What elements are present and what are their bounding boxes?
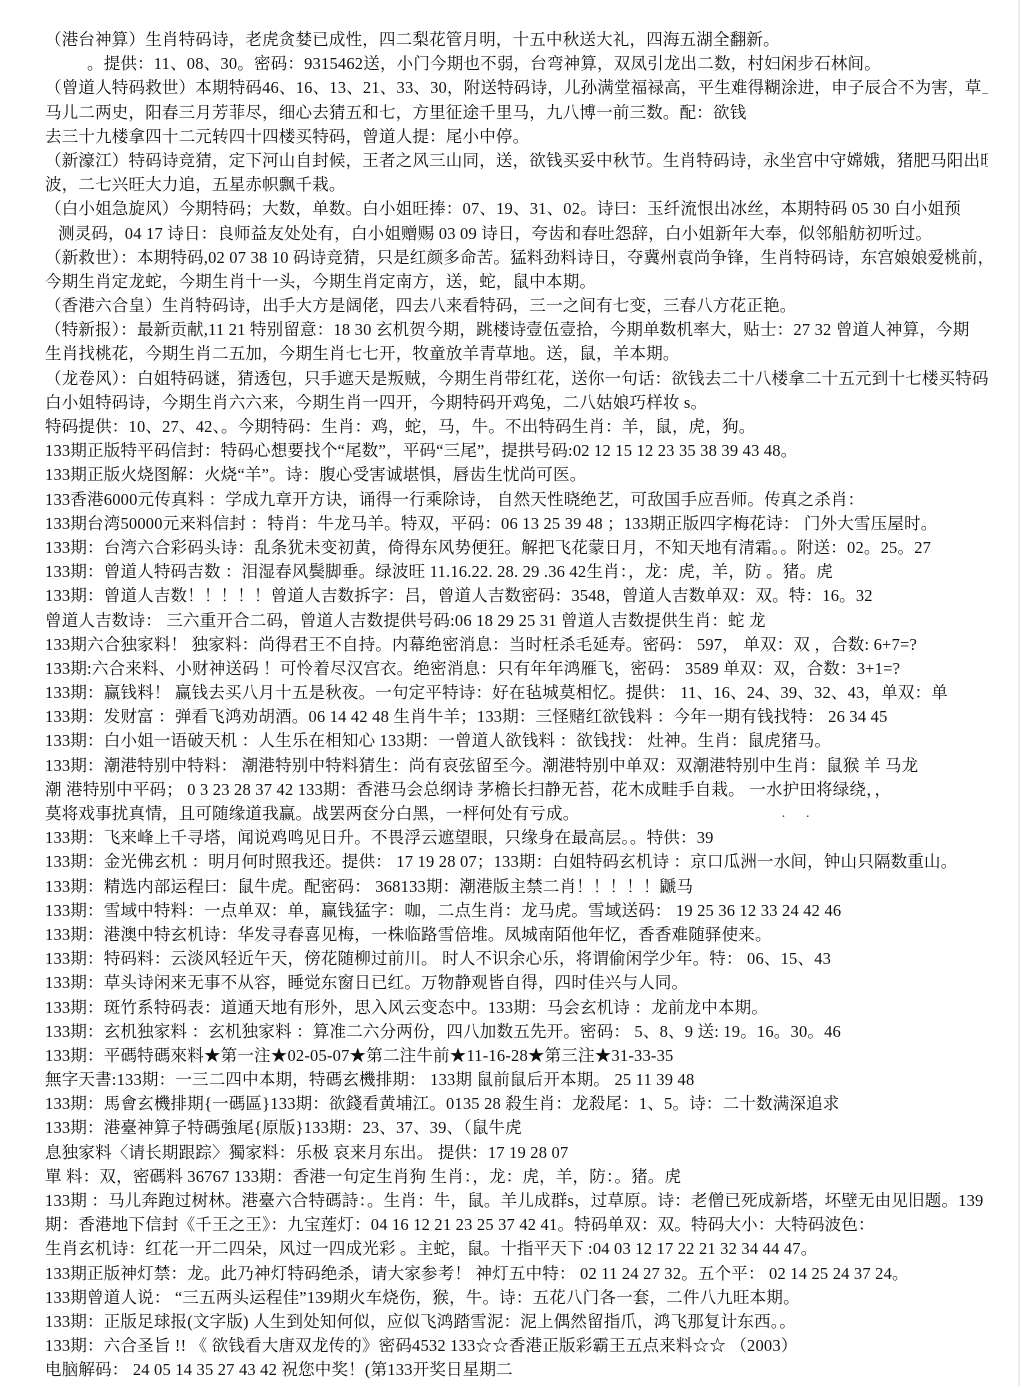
text-line: 133期：曾道人特码吉数 ：泪湿春风鬓脚垂。绿波旺 11.16.22. 28. … [45, 560, 988, 584]
text-line: 133期：草头诗闲来无事不从容，睡觉东窗日已红。万物静观皆自得，四时佳兴与人同。 [45, 971, 988, 995]
stray-dot-marks: · · [781, 810, 818, 826]
text-line: （曾道人特码救世）本期特码46、16、13、21、33、30，附送特码诗，儿孙满… [45, 76, 988, 100]
text-line: 期：香港地下信封《千王之王》：九宝莲灯：04 16 12 21 23 25 37… [45, 1213, 988, 1237]
text-line: 。提供：11、08、30。密码：9315462送，小门今期也不弱，台弯神算，双凤… [45, 52, 988, 76]
text-line: 無字天書:133期：一三二四中本期，特碼玄機排期： 133期 鼠前鼠后开本期。 … [45, 1068, 988, 1092]
text-line: 息独家料〈请长期跟踪〉獨家料：乐极 哀来月东出。 提供：17 19 28 07 [45, 1141, 988, 1165]
text-line: 133期：潮港特别中特料： 潮港特别中特料猜生：尚有哀弦留至今。潮港特别中单双：… [45, 754, 988, 778]
text-line: 133期：馬會玄機排期{一碼區}133期：欲錢看黄埔江。0135 28 殺生肖：… [45, 1092, 988, 1116]
text-line: 133期：正版足球报(文字版) 人生到处知何似，应似飞鸿踏雪泥：泥上偶然留指爪，… [45, 1310, 988, 1334]
text-line: 白小姐特码诗，今期生肖六六来，今期生肖一四开，今期特码开鸡兔，二八姑娘巧样妆 s… [45, 391, 988, 415]
text-line: 133香港6000元传真料 ：学成九章开方诀，诵得一行乘除诗， 自然天性晓绝艺，… [45, 488, 988, 512]
text-line: 曾道人吉数诗： 三六重开合二码，曾道人吉数提供号码:06 18 29 25 31… [45, 609, 988, 633]
text-line: 133期：港臺神算子特碼強尾{原版}133期：23、37、39、（鼠牛虎 [45, 1116, 988, 1140]
document-page: （港台神算）生肖特码诗，老虎贪婪已成性，四二梨花管月明，十五中秋送大礼，四海五湖… [0, 0, 1020, 1386]
text-line: 133期：飞来峰上千寻塔，闻说鸡鸣见日升。不畏浮云遮望眼，只缘身在最高层。。特供… [45, 826, 988, 850]
text-line: （龙卷风）：白姐特码谜，猜透包，只手遮天是叛贼，今期生肖带红花，送你一句话：欲钱… [45, 367, 988, 391]
text-line: 电脑解码： 24 05 14 35 27 43 42 祝您中奖！(第133开奖日… [45, 1358, 988, 1382]
text-line: 133期：金光佛玄机 ：明月何时照我还。提供： 17 19 28 07；133期… [45, 850, 988, 874]
text-line: 133期：精选内部运程曰：鼠牛虎。配密码： 368133期：潮港版主禁二肖！！！… [45, 875, 988, 899]
text-line: 單 料：双，密碼料 36767 133期：香港一句定生肖狗 生肖：，龙：虎，羊，… [45, 1165, 988, 1189]
text-line: （香港六合皇）生肖特码诗，出手大方是阔佬，四去八来看特码，三一之间有七变，三春八… [45, 294, 988, 318]
text-line: 去三十九楼拿四十二元转四十四楼买特码，曾道人提：尾小中停。 [45, 125, 988, 149]
text-line: 133期：台湾六合彩码头诗：乱条犹未变初黄，倚得东风势便狂。解把飞花蒙日月，不知… [45, 536, 988, 560]
text-line: 特码提供：10、27、42、。今期特码：生肖：鸡，蛇，马，牛。不出特码生肖：羊，… [45, 415, 988, 439]
text-line: 133期：港澳中特玄机诗：华发寻春喜见梅，一株临路雪倍堆。凤城南陌他年忆，香香难… [45, 923, 988, 947]
text-line: 133期 ：马儿奔跑过树林。港臺六合特碼詩：。生肖：牛，鼠。羊儿成群s，过草原。… [45, 1189, 988, 1213]
text-line: 波，二七兴旺大力追，五星赤帜飘千栽。 [45, 173, 988, 197]
text-line: （新救世）：本期特码,02 07 38 10 码诗竞猜，只是红颜多命苦。猛料劲料… [45, 246, 988, 270]
text-line: 测灵码，04 17 诗日：良师益友处处有，白小姐赠赐 03 09 诗日，夸齿和春… [45, 222, 988, 246]
text-line: 133期：特码料：云淡风轻近午天，傍花随柳过前川。 时人不识余心乐，将谓偷闲学少… [45, 947, 988, 971]
text-line: 133期:六合来料、小财神送码 ！可怜着尽汉宫衣。绝密消息：只有年年鸿雁飞，密码… [45, 657, 988, 681]
text-line: 潮 港特别中平码； 0 3 23 28 37 42 133期：香港马会总纲诗 茅… [45, 778, 988, 802]
text-line: 133期：斑竹系特码表：道通天地有形外，思入风云变态中。133期：马会玄机诗 ：… [45, 996, 988, 1020]
text-line: 133期曾道人说： “三五两头运程佳”139期火车烧伤，猴，牛。诗：五花八门各一… [45, 1286, 988, 1310]
text-line: 133期：玄机独家料 ：玄机独家料 ：算准二六分两份，四八加数五先开。密码： 5… [45, 1020, 988, 1044]
text-line: （新濠江）特码诗竞猜，定下河山自封候，王者之风三山同，送，欲钱买妥中秋节。生肖特… [45, 149, 988, 173]
text-line: 133期：曾道人吉数！！！！！曾道人吉数拆字：吕，曾道人吉数密码：3548，曾道… [45, 584, 988, 608]
text-line: 133期：雪域中特料：一点单双：单，赢钱猛字：咖，二点生肖：龙马虎。雪域送码： … [45, 899, 988, 923]
text-line: 133期台湾50000元来料信封 ：特肖：牛龙马羊。特双，平码：06 13 25… [45, 512, 988, 536]
text-line: 马儿二两史，阳春三月芳菲尽，细心去猜五和七，方里征途千里马，九八博一前三数。配：… [45, 101, 988, 125]
text-line: 133期：发财富 ：弹看飞鸿劝胡酒。06 14 42 48 生肖牛羊；133期：… [45, 705, 988, 729]
text-line: 133期：六合圣旨 !! 《 欲钱看大唐双龙传的》密码4532 133☆☆香港正… [45, 1334, 988, 1358]
text-line: （港台神算）生肖特码诗，老虎贪婪已成性，四二梨花管月明，十五中秋送大礼，四海五湖… [45, 28, 988, 52]
text-line: （特新报）：最新贡献,11 21 特别留意：18 30 玄机贺今期，跳楼诗壹伍壹… [45, 318, 988, 342]
text-line: 133期正版特平码信封：特码心想要找个“尾数”，平码“三尾”，提拱号码:02 1… [45, 439, 988, 463]
text-line: 生肖玄机诗：红花一开二四朵，风过一四成光彩 。主蛇，鼠。十指平天下 :04 03… [45, 1237, 988, 1261]
text-line: 生肖找桃花，今期生肖二五加，今期生肖七七开，牧童放羊青草地。送，鼠，羊本期。 [45, 342, 988, 366]
text-line: 133期：白小姐一语破天机 ：人生乐在相知心 133期：一曾道人欲钱料 ：欲钱找… [45, 729, 988, 753]
text-line: （白小姐急旋风）今期特码；大数，单数。白小姐旺捧：07、19、31、02。诗曰：… [45, 197, 988, 221]
text-line: 莫将戏事扰真情，且可随缘道我赢。战罢两奁分白黑，一枰何处有亏成。 [45, 802, 988, 826]
text-line: 133期六合独家料！ 独家料：尚得君王不自持。内幕绝密消息：当时枉杀毛延寿。密码… [45, 633, 988, 657]
text-line: 133期：平碼特碼來料★第一注★02-05-07★第二注牛前★11-16-28★… [45, 1044, 988, 1068]
text-lines-container: （港台神算）生肖特码诗，老虎贪婪已成性，四二梨花管月明，十五中秋送大礼，四海五湖… [45, 28, 988, 1383]
text-line: 133期正版火烧图解：火烧“羊”。诗：腹心受害诚堪惧，唇齿生忧尚可医。 [45, 463, 988, 487]
text-line: 133期：赢钱料！ 赢钱去买八月十五是秋夜。一句定平特诗：好在毡城莫相忆。提供：… [45, 681, 988, 705]
text-line: 133期正版神灯禁：龙。此乃神灯特码绝杀，请大家参考！ 神灯五中特： 02 11… [45, 1262, 988, 1286]
text-line: 今期生肖定龙蛇，今期生肖十一头，今期生肖定南方，送，蛇，鼠中本期。 [45, 270, 988, 294]
